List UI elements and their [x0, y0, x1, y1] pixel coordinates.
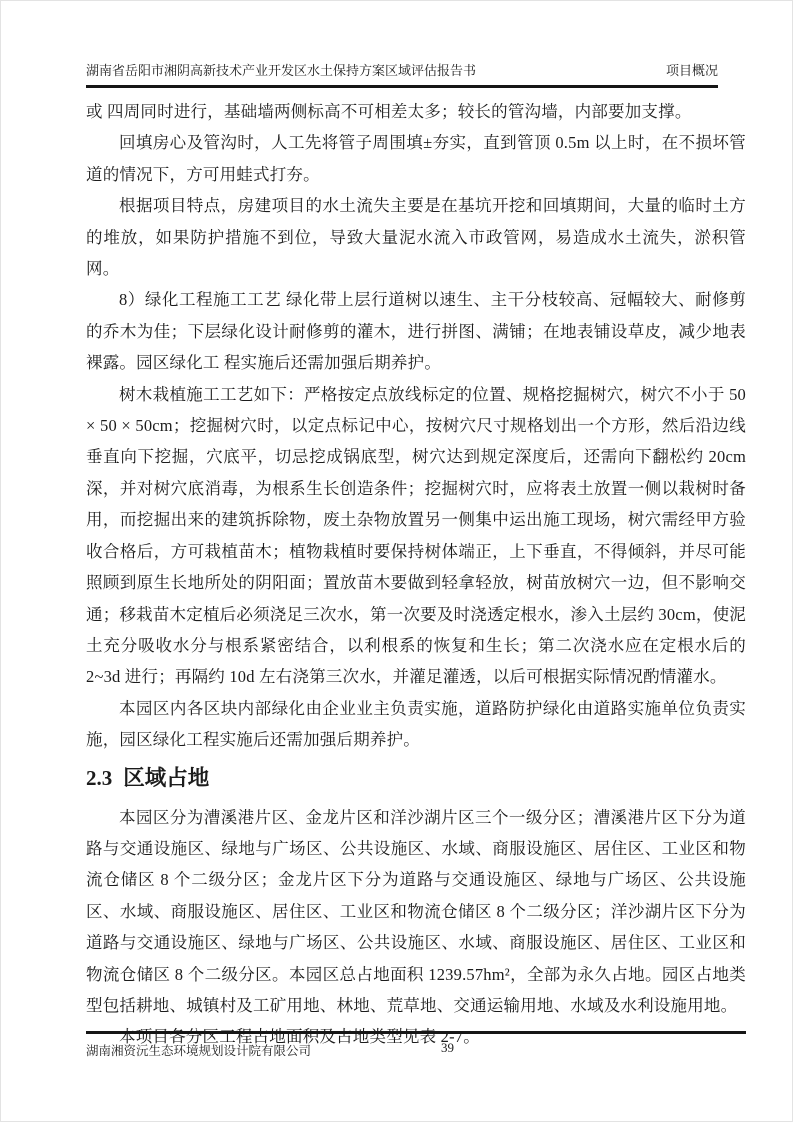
body-paragraph: 本园区分为漕溪港片区、金龙片区和洋沙湖片区三个一级分区；漕溪港片区下分为道路与交…	[86, 802, 746, 1022]
section-heading-title: 区域占地	[123, 766, 209, 790]
body-paragraph: 8）绿化工程施工工艺 绿化带上层行道树以速生、主干分枝较高、冠幅较大、耐修剪的乔…	[86, 284, 746, 378]
footer-rule	[86, 1031, 746, 1034]
document-page: 湖南省岳阳市湘阴高新技术产业开发区水土保持方案区域评估报告书 项目概况 或 四周…	[0, 0, 793, 1122]
body-paragraph: 树木栽植施工工艺如下：严格按定点放线标定的位置、规格挖掘树穴，树穴不小于 50 …	[86, 379, 746, 693]
footer-page-number: 39	[441, 1040, 454, 1056]
document-body: 或 四周同时进行，基础墙两侧标高不可相差太多；较长的管沟墙，内部要加支撑。 回填…	[86, 96, 746, 1053]
body-paragraph: 本园区内各区块内部绿化由企业业主负责实施，道路防护绿化由道路实施单位负责实施，园…	[86, 693, 746, 756]
body-paragraph: 根据项目特点，房建项目的水土流失主要是在基坑开挖和回填期间，大量的临时土方的堆放…	[86, 190, 746, 284]
body-paragraph: 或 四周同时进行，基础墙两侧标高不可相差太多；较长的管沟墙，内部要加支撑。	[86, 96, 746, 127]
body-paragraph: 回填房心及管沟时，人工先将管子周围填±夯实，直到管顶 0.5m 以上时，在不损坏…	[86, 127, 746, 190]
header-chapter-label: 项目概况	[666, 63, 718, 78]
section-heading: 2.3 区域占地	[86, 762, 746, 797]
page-header: 湖南省岳阳市湘阴高新技术产业开发区水土保持方案区域评估报告书 项目概况	[86, 63, 718, 78]
header-rule	[86, 85, 718, 88]
header-report-title: 湖南省岳阳市湘阴高新技术产业开发区水土保持方案区域评估报告书	[86, 63, 476, 78]
footer-company-name: 湖南湘资沅生态环境规划设计院有限公司	[86, 1041, 311, 1059]
section-heading-number: 2.3	[86, 766, 112, 790]
